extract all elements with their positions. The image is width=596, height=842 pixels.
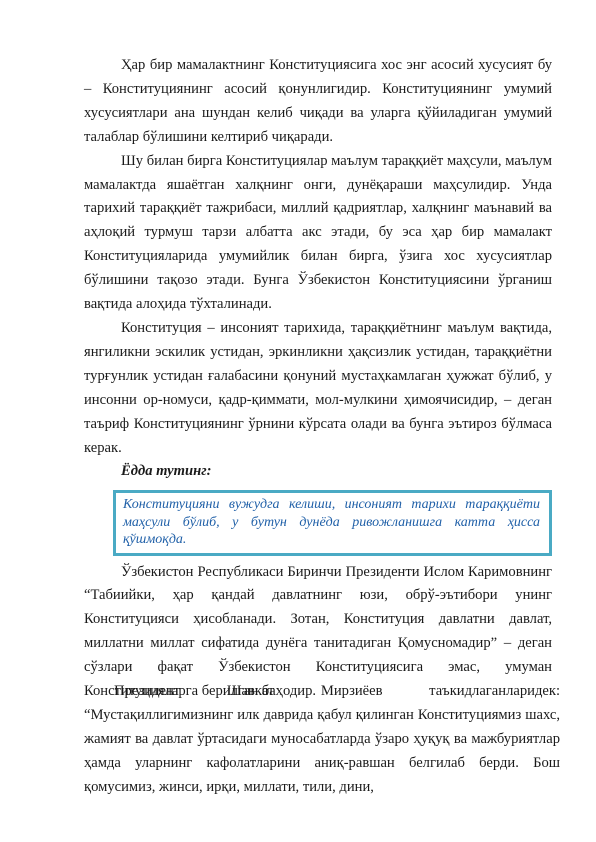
document-body-continued: Президент Шавкат Мирзиёев таъкидлаганлар…	[84, 680, 560, 800]
document-body: Ҳар бир мамалактнинг Конституциясига хос…	[84, 54, 552, 704]
note-text: Конституцияни вужудга келиши, инсоният т…	[123, 496, 540, 548]
paragraph-constitution-definition: Конституция – инсоният тарихида, тараққи…	[84, 317, 552, 460]
paragraph-mirziyoyev-quote: Президент Шавкат Мирзиёев таъкидлаганлар…	[84, 680, 560, 800]
note-heading: Ёдда тутинг:	[84, 460, 552, 484]
note-box: Конституцияни вужудга келиши, инсоният т…	[113, 490, 552, 555]
paragraph-constitution-main-feature: Ҳар бир мамалактнинг Конституциясига хос…	[84, 54, 552, 150]
paragraph-constitution-development: Шу билан бирга Конституциялар маълум тар…	[84, 150, 552, 317]
